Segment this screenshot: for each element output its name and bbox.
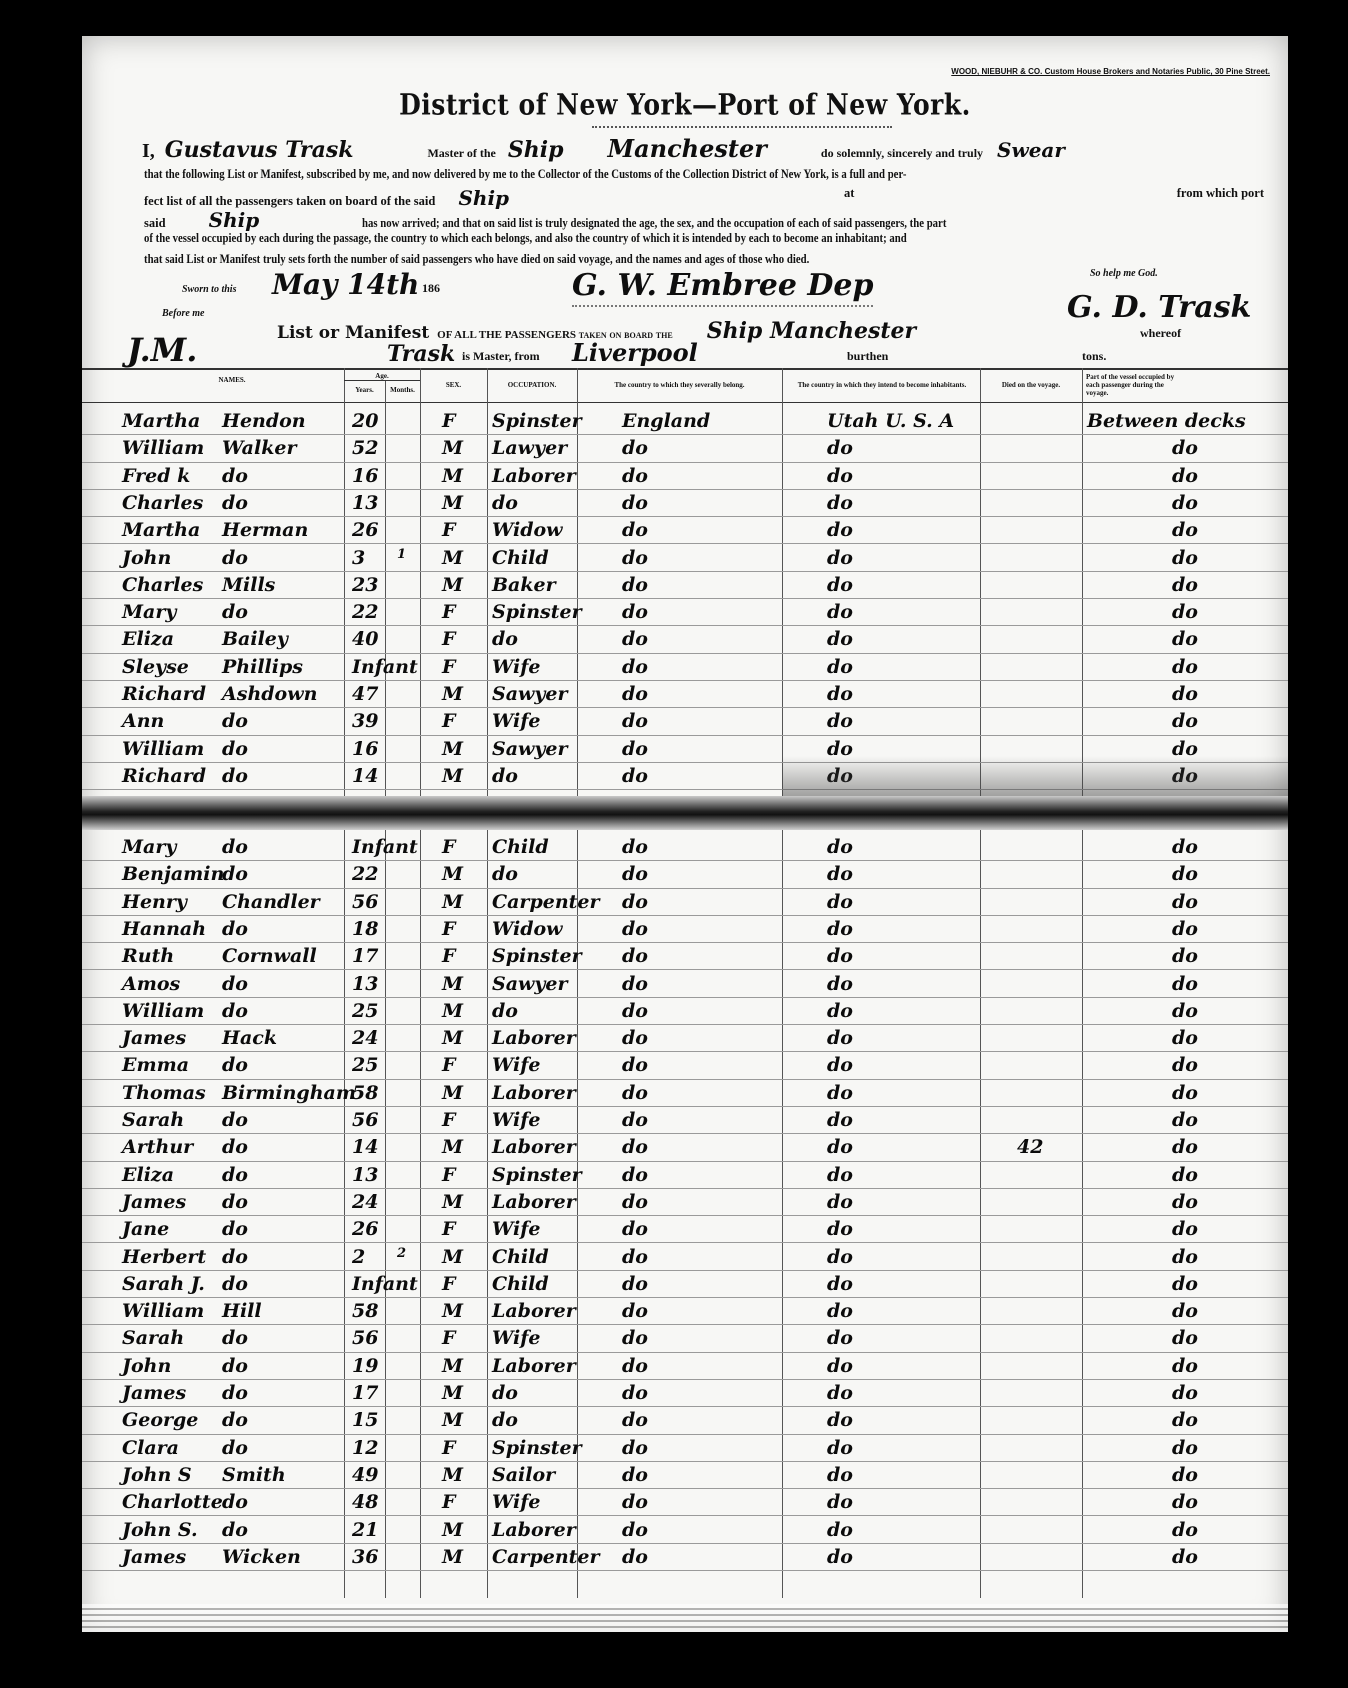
paper-fold: [82, 796, 1288, 830]
passenger-vessel-part: do: [1172, 710, 1198, 732]
passenger-age-months: 2: [397, 1246, 406, 1261]
passenger-last-name: do: [222, 601, 248, 623]
passenger-country-belong: do: [622, 918, 648, 940]
table-row: Benjamin do 22 M do do do do: [82, 861, 1288, 888]
table-row: James Wicken 36 M Carpenter do do do: [82, 1544, 1288, 1571]
vessel-type-handwritten: Ship: [458, 186, 509, 210]
passenger-country-inhabit: do: [827, 1054, 853, 1076]
passenger-occupation: Spinster: [492, 1437, 582, 1459]
table-row: Herbert do 2 2 M Child do do do: [82, 1244, 1288, 1271]
passenger-last-name: do: [222, 492, 248, 514]
table-row: John do 3 1 M Child do do do: [82, 545, 1288, 572]
passenger-first-name: Amos: [122, 973, 180, 995]
passenger-last-name: do: [222, 738, 248, 760]
passenger-country-inhabit: do: [827, 1300, 853, 1322]
passenger-country-belong: do: [622, 1409, 648, 1431]
passenger-age-years: 3: [352, 547, 365, 569]
passenger-country-belong: do: [622, 1218, 648, 1240]
passenger-sex: F: [442, 1218, 456, 1240]
passenger-country-inhabit: do: [827, 1136, 853, 1158]
passenger-vessel-part: do: [1172, 1082, 1198, 1104]
passenger-country-inhabit: do: [827, 918, 853, 940]
passenger-country-inhabit: do: [827, 1164, 853, 1186]
passenger-country-inhabit: do: [827, 574, 853, 596]
passenger-last-name: do: [222, 836, 248, 858]
passenger-last-name: Mills: [222, 574, 275, 596]
passenger-country-belong: do: [622, 973, 648, 995]
col-header-years: Years.: [344, 386, 385, 394]
table-row: Mary do Infant F Child do do do: [82, 834, 1288, 861]
passenger-occupation: Laborer: [492, 1027, 576, 1049]
passenger-occupation: Laborer: [492, 1191, 576, 1213]
passenger-vessel-part: Between decks: [1087, 410, 1246, 432]
passenger-vessel-part: do: [1172, 1464, 1198, 1486]
passenger-vessel-part: do: [1172, 601, 1198, 623]
col-header-country-inhabit: The country in which they intend to beco…: [787, 381, 977, 389]
passenger-country-belong: do: [622, 945, 648, 967]
passenger-age-years: 2: [352, 1246, 365, 1268]
passenger-occupation: Carpenter: [492, 891, 600, 913]
table-top-rule: [82, 368, 1288, 370]
passenger-country-inhabit: do: [827, 656, 853, 678]
passenger-last-name: Phillips: [222, 656, 303, 678]
oath-text: fect list of all the passengers taken on…: [144, 194, 435, 208]
table-row: Henry Chandler 56 M Carpenter do do do: [82, 889, 1288, 916]
passenger-first-name: William: [122, 1000, 204, 1022]
passenger-country-belong: do: [622, 863, 648, 885]
passenger-country-belong: do: [622, 547, 648, 569]
passenger-vessel-part: do: [1172, 465, 1198, 487]
passenger-last-name: do: [222, 1218, 248, 1240]
passenger-country-inhabit: do: [827, 945, 853, 967]
passenger-country-inhabit: do: [827, 1327, 853, 1349]
passenger-age-years: 52: [352, 437, 378, 459]
passenger-occupation: Lawyer: [492, 437, 567, 459]
passenger-age-years: Infant: [352, 1273, 418, 1295]
passenger-sex: M: [442, 1546, 463, 1568]
passenger-vessel-part: do: [1172, 1054, 1198, 1076]
passenger-vessel-part: do: [1172, 1246, 1198, 1268]
passenger-vessel-part: do: [1172, 1546, 1198, 1568]
table-row: Sarah do 56 F Wife do do do: [82, 1107, 1288, 1134]
passenger-country-belong: do: [622, 1519, 648, 1541]
oath-line-1: I, Gustavus Trask Master of the Ship Man…: [142, 134, 1065, 163]
col-header-months: Months.: [385, 386, 420, 394]
passenger-country-belong: do: [622, 465, 648, 487]
passenger-occupation: Sailor: [492, 1464, 555, 1486]
passenger-age-months: 1: [397, 547, 406, 562]
passenger-country-inhabit: do: [827, 1464, 853, 1486]
passenger-occupation: Wife: [492, 656, 540, 678]
before-me-initials: J.M.: [127, 331, 197, 369]
passenger-first-name: Sleyse: [122, 656, 189, 678]
sworn-label: Sworn to this: [182, 284, 236, 295]
table-row: Charlotte do 48 F Wife do do do: [82, 1489, 1288, 1516]
passenger-vessel-part: do: [1172, 656, 1198, 678]
table-row: Arthur do 14 M Laborer do do 42 do: [82, 1134, 1288, 1161]
passenger-first-name: Arthur: [122, 1136, 193, 1158]
passenger-last-name: Walker: [222, 437, 296, 459]
table-row: Ruth Cornwall 17 F Spinster do do do: [82, 943, 1288, 970]
passenger-country-belong: England: [622, 410, 710, 432]
passenger-sex: M: [442, 1082, 463, 1104]
passenger-age-years: 18: [352, 918, 378, 940]
passenger-age-years: 15: [352, 1409, 378, 1431]
passenger-sex: M: [442, 683, 463, 705]
passenger-sex: M: [442, 1191, 463, 1213]
passenger-age-years: 56: [352, 891, 378, 913]
burthen-label: burthen: [847, 349, 888, 364]
passenger-occupation: Wife: [492, 1327, 540, 1349]
is-master-from-text: is Master, from: [462, 349, 540, 364]
passenger-age-years: 21: [352, 1519, 378, 1541]
table-row: Richard Ashdown 47 M Sawyer do do do: [82, 681, 1288, 708]
passenger-vessel-part: do: [1172, 1273, 1198, 1295]
master-signature: G. D. Trask: [1067, 290, 1251, 325]
passenger-age-years: 39: [352, 710, 378, 732]
passenger-country-belong: do: [622, 1082, 648, 1104]
passenger-country-belong: do: [622, 574, 648, 596]
passenger-sex: M: [442, 973, 463, 995]
oath-text: at: [844, 186, 854, 201]
passenger-occupation: Child: [492, 836, 549, 858]
master-name-manifest: Trask: [387, 341, 455, 367]
passenger-occupation: Widow: [492, 918, 563, 940]
passenger-country-inhabit: do: [827, 863, 853, 885]
passenger-first-name: George: [122, 1409, 198, 1431]
passenger-occupation: Widow: [492, 519, 563, 541]
passenger-occupation: do: [492, 765, 518, 787]
col-header-sex: SEX.: [420, 381, 487, 389]
swear-handwritten: Swear: [997, 138, 1065, 162]
passenger-sex: F: [442, 1054, 456, 1076]
table-row: James Hack 24 M Laborer do do do: [82, 1025, 1288, 1052]
passenger-country-belong: do: [622, 437, 648, 459]
passenger-age-years: 48: [352, 1491, 378, 1513]
passenger-sex: M: [442, 1409, 463, 1431]
passenger-country-inhabit: do: [827, 1246, 853, 1268]
passenger-vessel-part: do: [1172, 492, 1198, 514]
passenger-vessel-part: do: [1172, 863, 1198, 885]
passenger-last-name: Wicken: [222, 1546, 301, 1568]
passenger-first-name: John S.: [122, 1519, 198, 1541]
sworn-year: 186: [422, 281, 440, 296]
passenger-last-name: do: [222, 863, 248, 885]
passenger-vessel-part: do: [1172, 1191, 1198, 1213]
passenger-last-name: do: [222, 973, 248, 995]
passenger-sex: F: [442, 1109, 456, 1131]
whereof-text: whereof: [1140, 326, 1181, 341]
passenger-vessel-part: do: [1172, 683, 1198, 705]
passenger-first-name: Sarah J.: [122, 1273, 205, 1295]
passenger-country-belong: do: [622, 891, 648, 913]
passenger-country-inhabit: do: [827, 1355, 853, 1377]
passenger-sex: F: [442, 918, 456, 940]
passenger-vessel-part: do: [1172, 1109, 1198, 1131]
passenger-country-belong: do: [622, 1000, 648, 1022]
passenger-first-name: Herbert: [122, 1246, 206, 1268]
passenger-occupation: Spinster: [492, 945, 582, 967]
table-row: Eliza Bailey 40 F do do do do: [82, 626, 1288, 653]
passenger-age-years: 13: [352, 973, 378, 995]
passenger-country-inhabit: Utah U. S. A: [827, 410, 954, 432]
official-signature: G. W. Embree Dep: [572, 268, 873, 307]
col-header-names: NAMES.: [192, 376, 272, 384]
passenger-age-years: 56: [352, 1327, 378, 1349]
passenger-sex: M: [442, 465, 463, 487]
passenger-occupation: Child: [492, 1246, 549, 1268]
passenger-vessel-part: do: [1172, 519, 1198, 541]
passenger-country-inhabit: do: [827, 628, 853, 650]
passenger-sex: F: [442, 656, 456, 678]
vessel-name-handwritten: Manchester: [608, 134, 767, 163]
passenger-last-name: do: [222, 1409, 248, 1431]
passenger-vessel-part: do: [1172, 945, 1198, 967]
passenger-vessel-part: do: [1172, 1164, 1198, 1186]
table-row: Mary do 22 F Spinster do do do: [82, 599, 1288, 626]
passenger-sex: F: [442, 945, 456, 967]
passenger-first-name: Sarah: [122, 1327, 184, 1349]
passenger-age-years: 26: [352, 519, 378, 541]
passenger-age-years: 13: [352, 1164, 378, 1186]
passenger-country-belong: do: [622, 628, 648, 650]
table-row: Thomas Birmingham 58 M Laborer do do do: [82, 1080, 1288, 1107]
passenger-first-name: Martha: [122, 410, 200, 432]
passenger-last-name: do: [222, 1519, 248, 1541]
oath-line-5: of the vessel occupied by each during th…: [144, 231, 907, 246]
passenger-last-name: do: [222, 1273, 248, 1295]
col-header-died: Died on the voyage.: [982, 381, 1080, 389]
table-row: Eliza do 13 F Spinster do do do: [82, 1162, 1288, 1189]
passenger-age-years: 25: [352, 1054, 378, 1076]
passenger-sex: M: [442, 863, 463, 885]
passenger-first-name: Charles: [122, 492, 203, 514]
passenger-country-inhabit: do: [827, 1437, 853, 1459]
passenger-country-inhabit: do: [827, 891, 853, 913]
passenger-first-name: Fred k: [122, 465, 190, 487]
passenger-first-name: William: [122, 437, 204, 459]
col-header-age: Age.: [344, 372, 420, 381]
passenger-last-name: do: [222, 547, 248, 569]
passenger-country-belong: do: [622, 836, 648, 858]
passenger-country-belong: do: [622, 765, 648, 787]
passenger-vessel-part: do: [1172, 1437, 1198, 1459]
table-row: William Walker 52 M Lawyer do do do: [82, 435, 1288, 462]
passenger-country-belong: do: [622, 656, 648, 678]
passenger-occupation: Baker: [492, 574, 556, 596]
passenger-country-belong: do: [622, 1191, 648, 1213]
passenger-country-inhabit: do: [827, 1546, 853, 1568]
passenger-last-name: Chandler: [222, 891, 320, 913]
passenger-last-name: do: [222, 1355, 248, 1377]
passenger-country-inhabit: do: [827, 1409, 853, 1431]
passenger-country-belong: do: [622, 1109, 648, 1131]
passenger-occupation: Carpenter: [492, 1546, 600, 1568]
passenger-sex: M: [442, 1355, 463, 1377]
passenger-sex: M: [442, 1382, 463, 1404]
manifest-label: List or Manifest: [277, 323, 429, 343]
fold-stain: [782, 756, 1288, 801]
passenger-country-belong: do: [622, 1273, 648, 1295]
table-row: Martha Hendon 20 F Spinster England Utah…: [82, 408, 1288, 435]
passenger-country-inhabit: do: [827, 1519, 853, 1541]
passenger-last-name: Herman: [222, 519, 308, 541]
passenger-sex: M: [442, 738, 463, 760]
col-header-occupation: OCCUPATION.: [487, 381, 577, 389]
passenger-country-belong: do: [622, 738, 648, 760]
passenger-country-inhabit: do: [827, 973, 853, 995]
table-row: William Hill 58 M Laborer do do do: [82, 1298, 1288, 1325]
passenger-occupation: Sawyer: [492, 683, 568, 705]
passenger-last-name: do: [222, 918, 248, 940]
oath-text: Master of the: [427, 146, 495, 160]
passenger-age-years: 25: [352, 1000, 378, 1022]
row-rule: [82, 1570, 1288, 1571]
passenger-first-name: Emma: [122, 1054, 189, 1076]
passenger-age-years: 26: [352, 1218, 378, 1240]
passenger-age-years: 58: [352, 1082, 378, 1104]
before-me-label: Before me: [162, 308, 205, 319]
passenger-first-name: John: [122, 1355, 171, 1377]
passenger-country-inhabit: do: [827, 465, 853, 487]
passenger-occupation: do: [492, 1000, 518, 1022]
passenger-age-years: 58: [352, 1300, 378, 1322]
passenger-country-inhabit: do: [827, 437, 853, 459]
passenger-first-name: John: [122, 547, 171, 569]
passenger-country-inhabit: do: [827, 1191, 853, 1213]
passenger-sex: M: [442, 1464, 463, 1486]
passenger-age-years: 47: [352, 683, 378, 705]
passenger-first-name: Charles: [122, 574, 203, 596]
passenger-vessel-part: do: [1172, 437, 1198, 459]
passenger-sex: M: [442, 891, 463, 913]
passenger-sex: M: [442, 1246, 463, 1268]
passenger-sex: F: [442, 410, 456, 432]
oath-line-6: that said List or Manifest truly sets fo…: [144, 252, 809, 267]
passenger-last-name: do: [222, 1437, 248, 1459]
passenger-sex: F: [442, 1273, 456, 1295]
passenger-occupation: do: [492, 628, 518, 650]
passenger-vessel-part: do: [1172, 1000, 1198, 1022]
passenger-first-name: Eliza: [122, 1164, 174, 1186]
passenger-country-inhabit: do: [827, 1218, 853, 1240]
passenger-country-belong: do: [622, 1246, 648, 1268]
passenger-first-name: Ruth: [122, 945, 174, 967]
passenger-occupation: do: [492, 1409, 518, 1431]
passenger-vessel-part: do: [1172, 1327, 1198, 1349]
passenger-occupation: Laborer: [492, 465, 576, 487]
passenger-first-name: Benjamin: [122, 863, 224, 885]
passenger-vessel-part: do: [1172, 1300, 1198, 1322]
passenger-first-name: Ann: [122, 710, 164, 732]
passenger-occupation: Wife: [492, 1491, 540, 1513]
passenger-occupation: Child: [492, 547, 549, 569]
table-row: John do 19 M Laborer do do do: [82, 1353, 1288, 1380]
passenger-first-name: James: [122, 1027, 186, 1049]
passenger-sex: F: [442, 1327, 456, 1349]
passenger-last-name: do: [222, 465, 248, 487]
passenger-age-years: Infant: [352, 836, 418, 858]
passenger-first-name: James: [122, 1546, 186, 1568]
passenger-last-name: do: [222, 1327, 248, 1349]
passenger-occupation: Child: [492, 1273, 549, 1295]
passenger-vessel-part: do: [1172, 1355, 1198, 1377]
oath-line-3: fect list of all the passengers taken on…: [144, 186, 1264, 210]
col-header-part-vessel: Part of the vessel occupied by each pass…: [1086, 373, 1186, 397]
vessel-type-handwritten: Ship: [508, 137, 564, 163]
passenger-occupation: Laborer: [492, 1300, 576, 1322]
passenger-sex: F: [442, 628, 456, 650]
passenger-age-years: 49: [352, 1464, 378, 1486]
passenger-sex: F: [442, 519, 456, 541]
passenger-vessel-part: do: [1172, 1136, 1198, 1158]
passenger-occupation: do: [492, 1382, 518, 1404]
passenger-country-belong: do: [622, 1300, 648, 1322]
oath-text: from which port: [1177, 186, 1264, 201]
table-row: Sarah do 56 F Wife do do do: [82, 1325, 1288, 1352]
passenger-sex: M: [442, 765, 463, 787]
table-row: John S. do 21 M Laborer do do do: [82, 1517, 1288, 1544]
passenger-first-name: James: [122, 1382, 186, 1404]
passenger-last-name: do: [222, 765, 248, 787]
passenger-sex: M: [442, 492, 463, 514]
table-row: William do 25 M do do do do: [82, 998, 1288, 1025]
passenger-country-belong: do: [622, 1464, 648, 1486]
passenger-age-years: 13: [352, 492, 378, 514]
passenger-age-years: 22: [352, 601, 378, 623]
passenger-country-belong: do: [622, 1054, 648, 1076]
passenger-occupation: Sawyer: [492, 973, 568, 995]
passenger-occupation: Spinster: [492, 410, 582, 432]
passenger-first-name: Richard: [122, 765, 206, 787]
passenger-occupation: Wife: [492, 1054, 540, 1076]
passenger-first-name: Clara: [122, 1437, 179, 1459]
passenger-country-belong: do: [622, 519, 648, 541]
table-row: Ann do 39 F Wife do do do: [82, 708, 1288, 735]
table-row: Jane do 26 F Wife do do do: [82, 1216, 1288, 1243]
passenger-last-name: do: [222, 1136, 248, 1158]
passenger-first-name: Mary: [122, 601, 176, 623]
passenger-last-name: do: [222, 1109, 248, 1131]
passenger-first-name: Henry: [122, 891, 187, 913]
table-row: Emma do 25 F Wife do do do: [82, 1052, 1288, 1079]
oath-prefix: I,: [142, 140, 155, 162]
passenger-country-inhabit: do: [827, 1027, 853, 1049]
passenger-first-name: Sarah: [122, 1109, 184, 1131]
master-name-handwritten: Gustavus Trask: [165, 137, 354, 163]
table-row: Fred k do 16 M Laborer do do do: [82, 463, 1288, 490]
passenger-vessel-part: do: [1172, 1382, 1198, 1404]
passenger-occupation: Wife: [492, 1109, 540, 1131]
passenger-age-years: 36: [352, 1546, 378, 1568]
passenger-country-inhabit: do: [827, 492, 853, 514]
passenger-occupation: Laborer: [492, 1136, 576, 1158]
passenger-age-years: 17: [352, 1382, 378, 1404]
passenger-first-name: William: [122, 1300, 204, 1322]
passenger-vessel-part: do: [1172, 836, 1198, 858]
passenger-country-inhabit: do: [827, 1000, 853, 1022]
from-port-handwritten: Liverpool: [572, 338, 698, 367]
table-row: Sarah J. do Infant F Child do do do: [82, 1271, 1288, 1298]
passenger-country-belong: do: [622, 683, 648, 705]
passenger-sex: M: [442, 547, 463, 569]
passenger-occupation: Wife: [492, 1218, 540, 1240]
passenger-first-name: Thomas: [122, 1082, 206, 1104]
passenger-sex: F: [442, 836, 456, 858]
passenger-country-inhabit: do: [827, 601, 853, 623]
passenger-country-inhabit: do: [827, 547, 853, 569]
oath-line-2: that the following List or Manifest, sub…: [144, 167, 906, 182]
